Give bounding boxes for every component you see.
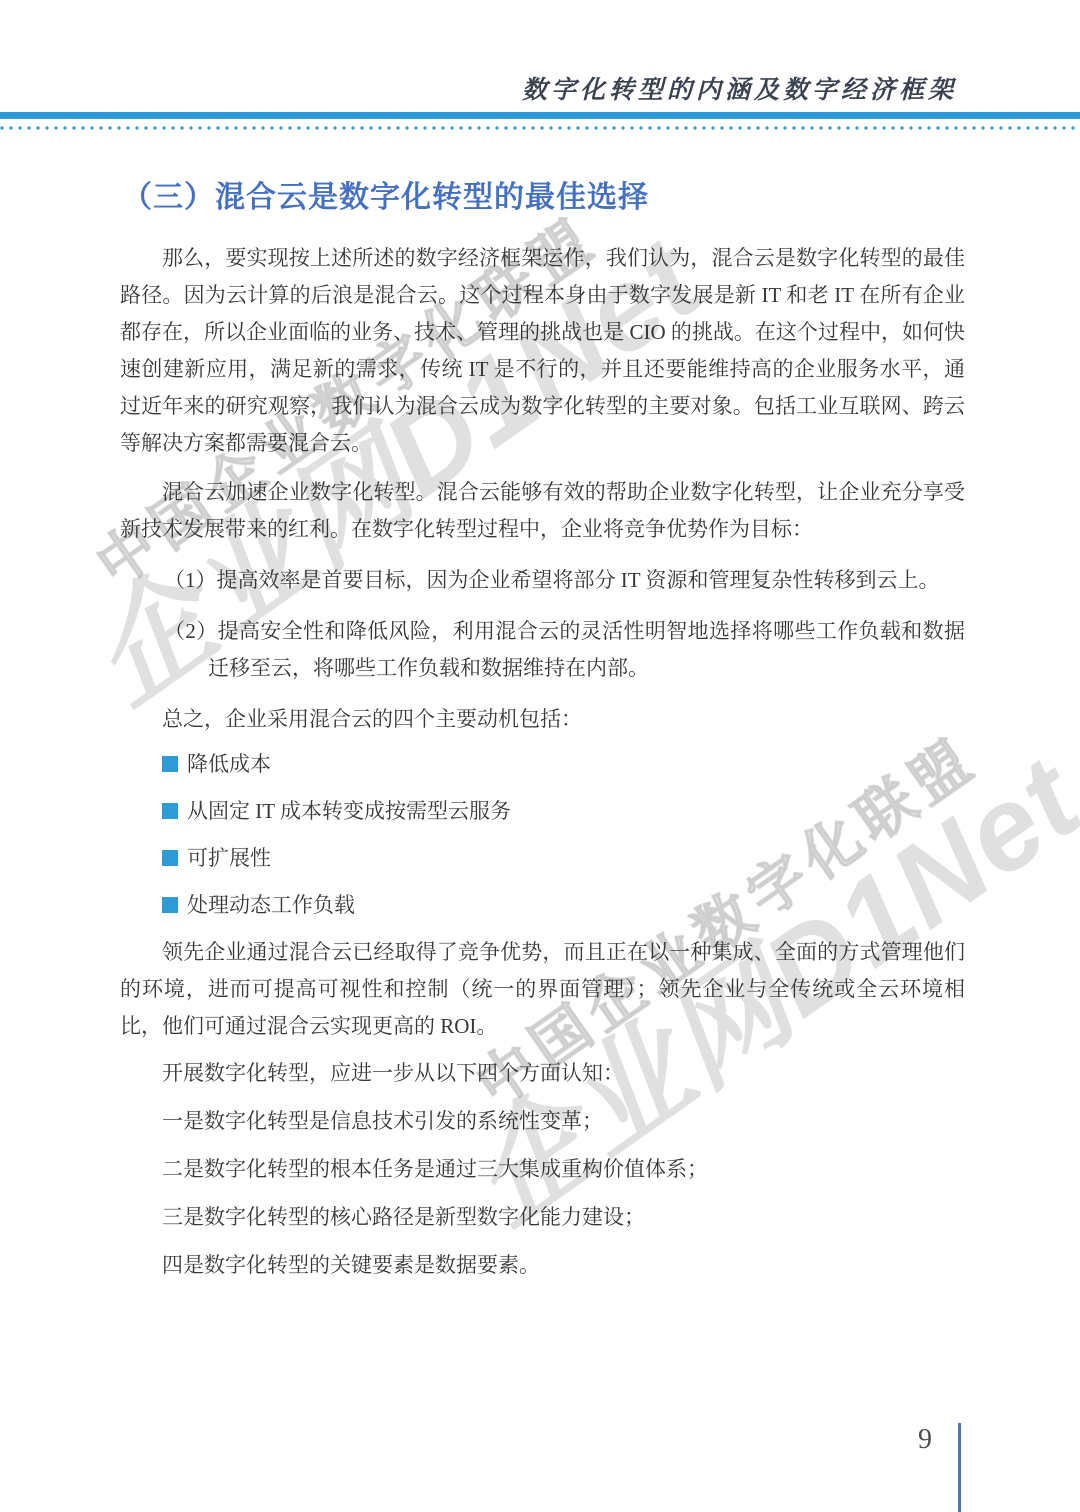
bullet-square-icon xyxy=(162,850,178,866)
bullet-item: 降低成本 xyxy=(120,746,965,783)
header-rule-solid xyxy=(0,112,1080,119)
paragraph-2: 混合云加速企业数字化转型。混合云能够有效的帮助企业数字化转型，让企业充分享受新技… xyxy=(120,474,965,548)
paragraph-leading-enterprises: 领先企业通过混合云已经取得了竞争优势，而且正在以一种集成、全面的方式管理他们的环… xyxy=(120,934,965,1045)
point-line-1: 一是数字化转型是信息技术引发的系统性变革； xyxy=(120,1103,965,1140)
bullet-label: 可扩展性 xyxy=(187,846,271,870)
bullet-list: 降低成本 从固定 IT 成本转变成按需型云服务 可扩展性 处理动态工作负载 xyxy=(120,746,965,924)
section-heading: （三）混合云是数字化转型的最佳选择 xyxy=(122,172,649,216)
page-number: 9 xyxy=(918,1424,932,1456)
bullet-item: 从固定 IT 成本转变成按需型云服务 xyxy=(120,793,965,830)
document-page: 中国企业数字化联盟 企业网D1Net 中国企业数字化联盟 企业网D1Net 数字… xyxy=(0,0,1080,1512)
bullet-square-icon xyxy=(162,756,178,772)
body-content: 那么，要实现按上述所述的数字经济框架运作，我们认为，混合云是数字化转型的最佳路径… xyxy=(120,240,965,1284)
running-header-title: 数字化转型的内涵及数字经济框架 xyxy=(522,70,957,106)
header-rule-dotted xyxy=(0,126,1080,130)
point-line-4: 四是数字化转型的关键要素是数据要素。 xyxy=(120,1247,965,1284)
paragraph-1: 那么，要实现按上述所述的数字经济框架运作，我们认为，混合云是数字化转型的最佳路径… xyxy=(120,240,965,462)
bullet-label: 处理动态工作负载 xyxy=(187,893,355,917)
paragraph-four-aspects-lead: 开展数字化转型，应进一步从以下四个方面认知： xyxy=(120,1055,965,1092)
bullet-item: 可扩展性 xyxy=(120,840,965,877)
paragraph-motives-lead: 总之，企业采用混合云的四个主要动机包括： xyxy=(120,701,965,738)
bullet-square-icon xyxy=(162,897,178,913)
bullet-item: 处理动态工作负载 xyxy=(120,887,965,924)
numbered-item-2: （2）提高安全性和降低风险，利用混合云的灵活性明智地选择将哪些工作负载和数据迁移… xyxy=(120,613,965,687)
point-line-2: 二是数字化转型的根本任务是通过三大集成重构价值体系； xyxy=(120,1151,965,1188)
bullet-square-icon xyxy=(162,803,178,819)
point-line-3: 三是数字化转型的核心路径是新型数字化能力建设； xyxy=(120,1199,965,1236)
numbered-item-1: （1）提高效率是首要目标，因为企业希望将部分 IT 资源和管理复杂性转移到云上。 xyxy=(120,562,965,599)
footer-vertical-rule xyxy=(958,1423,961,1512)
bullet-label: 从固定 IT 成本转变成按需型云服务 xyxy=(187,799,511,823)
bullet-label: 降低成本 xyxy=(187,752,271,776)
